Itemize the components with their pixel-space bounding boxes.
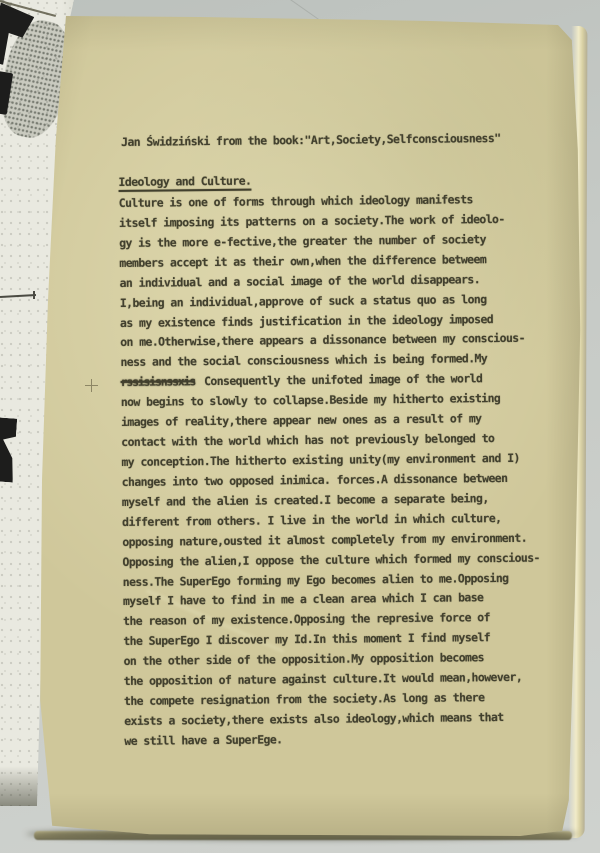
pencil-plus-mark bbox=[85, 379, 98, 392]
photo-of-typescript-page: Jan Świdziński from the book:"Art,Societ… bbox=[0, 0, 600, 853]
byline: Jan Świdziński from the book:"Art,Societ… bbox=[121, 129, 501, 153]
cover-letter-fragment bbox=[0, 417, 17, 482]
cover-rule-mark bbox=[0, 294, 36, 298]
paragraph: Culture is one of forms through which id… bbox=[119, 190, 542, 752]
typescript-line: we still have a SuperEge. bbox=[124, 727, 542, 751]
typed-manuscript-page: Jan Świdziński from the book:"Art,Societ… bbox=[0, 0, 600, 853]
typescript-text-block: Jan Świdziński from the book:"Art,Societ… bbox=[118, 128, 548, 133]
cover-rule-mark bbox=[33, 291, 35, 299]
struck-out-word: rssisisnssxis bbox=[121, 375, 196, 390]
section-heading: Ideology and Culture. bbox=[118, 172, 251, 193]
